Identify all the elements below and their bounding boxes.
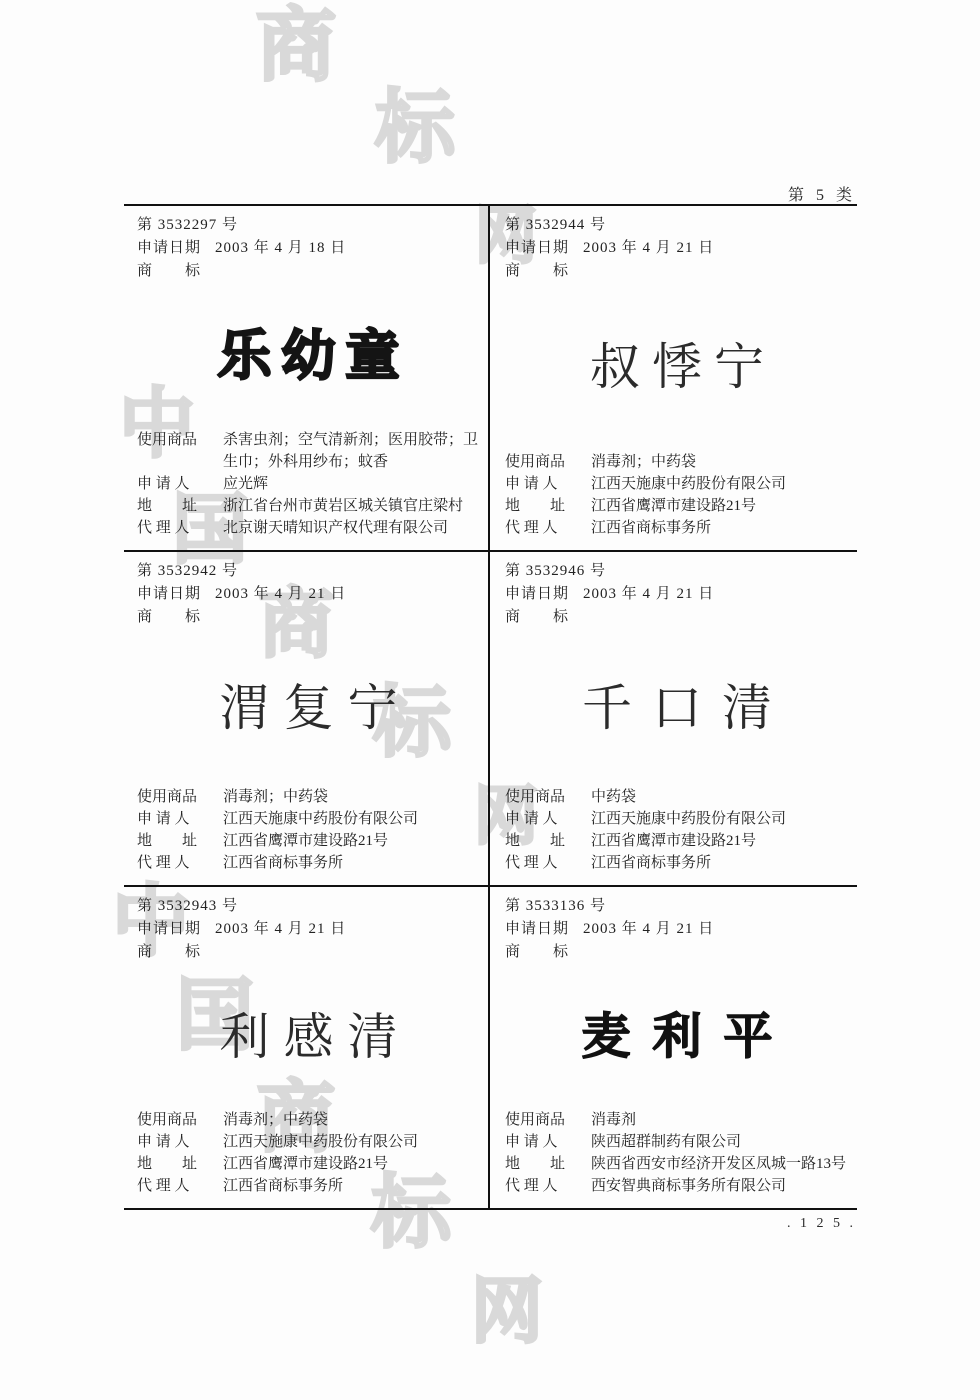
entry-details: 使用商品消毒剂；中药袋 申 请 人江西天施康中药股份有限公司 地 址江西省鹰潭市… <box>505 451 849 539</box>
field-value: 浙江省台州市黄岩区城关镇官庄梁村 <box>223 495 480 517</box>
field-value: 中药袋 <box>591 786 849 808</box>
application-date-label: 申请日期 <box>137 586 201 602</box>
application-number: 第 3532942 号 <box>137 560 480 583</box>
detail-row-agent: 代 理 人北京谢天晴知识产权代理有限公司 <box>137 517 480 539</box>
mark-area: 乐幼童 <box>137 283 480 429</box>
detail-row-goods: 使用商品消毒剂 <box>505 1109 849 1131</box>
trademark-mark-text: 叔悸宁 <box>578 342 776 392</box>
application-number: 第 3532943 号 <box>137 895 480 918</box>
field-label: 代 理 人 <box>505 1175 577 1197</box>
field-label: 地 址 <box>505 830 577 852</box>
detail-row-address: 地 址江西省鹰潭市建设路21号 <box>137 830 480 852</box>
field-label: 代 理 人 <box>137 1175 209 1197</box>
entry-details: 使用商品消毒剂 申 请 人陕西超群制药有限公司 地 址陕西省西安市经济开发区凤城… <box>505 1109 849 1197</box>
trademark-entry-4: 第 3532946 号 申请日期2003 年 4 月 21 日 商 标 千口清 … <box>490 552 857 887</box>
field-value: 北京谢天晴知识产权代理有限公司 <box>223 517 480 539</box>
field-value: 消毒剂；中药袋 <box>223 1109 480 1131</box>
entry-details: 使用商品杀害虫剂；空气清新剂；医用胶带；卫生巾；外科用纱布；蚊香 申 请 人应光… <box>137 429 480 539</box>
application-date-value: 2003 年 4 月 21 日 <box>583 586 714 602</box>
detail-row-applicant: 申 请 人江西天施康中药股份有限公司 <box>505 473 849 495</box>
category-header: 第 5 类 <box>788 182 856 205</box>
watermark-char: 网 <box>471 1275 543 1347</box>
field-value: 消毒剂 <box>591 1109 849 1131</box>
detail-row-applicant: 申 请 人应光辉 <box>137 473 480 495</box>
detail-row-goods: 使用商品消毒剂；中药袋 <box>137 1109 480 1131</box>
detail-row-address: 地 址江西省鹰潭市建设路21号 <box>137 1153 480 1175</box>
field-label: 代 理 人 <box>505 852 577 874</box>
detail-row-agent: 代 理 人江西省商标事务所 <box>505 517 849 539</box>
watermark-char: 商 <box>256 6 336 86</box>
mark-label: 商 标 <box>505 260 849 283</box>
field-label: 申 请 人 <box>505 1131 577 1153</box>
field-value: 江西天施康中药股份有限公司 <box>223 1131 480 1153</box>
entry-details: 使用商品消毒剂；中药袋 申 请 人江西天施康中药股份有限公司 地 址江西省鹰潭市… <box>137 786 480 874</box>
mark-area: 渭复宁 <box>137 629 480 786</box>
detail-row-agent: 代 理 人西安智典商标事务所有限公司 <box>505 1175 849 1197</box>
field-label: 申 请 人 <box>505 808 577 830</box>
detail-row-address: 地 址浙江省台州市黄岩区城关镇官庄梁村 <box>137 495 480 517</box>
field-value: 江西省商标事务所 <box>591 852 849 874</box>
detail-row-agent: 代 理 人江西省商标事务所 <box>505 852 849 874</box>
field-label: 申 请 人 <box>505 473 577 495</box>
application-date-label: 申请日期 <box>505 240 569 256</box>
field-value: 陕西省西安市经济开发区凤城一路13号 <box>591 1153 849 1175</box>
field-value: 江西省鹰潭市建设路21号 <box>591 830 849 852</box>
entry-details: 使用商品中药袋 申 请 人江西天施康中药股份有限公司 地 址江西省鹰潭市建设路2… <box>505 786 849 874</box>
field-value: 江西省商标事务所 <box>591 517 849 539</box>
application-date-value: 2003 年 4 月 18 日 <box>215 240 346 256</box>
application-date-label: 申请日期 <box>505 586 569 602</box>
detail-row-address: 地 址陕西省西安市经济开发区凤城一路13号 <box>505 1153 849 1175</box>
field-label: 代 理 人 <box>137 852 209 874</box>
application-number: 第 3532944 号 <box>505 214 849 237</box>
application-date-value: 2003 年 4 月 21 日 <box>215 921 346 937</box>
trademark-mark-text: 利感清 <box>206 1012 412 1062</box>
detail-row-applicant: 申 请 人江西天施康中药股份有限公司 <box>137 1131 480 1153</box>
detail-row-applicant: 申 请 人江西天施康中药股份有限公司 <box>505 808 849 830</box>
application-number: 第 3533136 号 <box>505 895 849 918</box>
application-number: 第 3532297 号 <box>137 214 480 237</box>
gazette-page: { "page": { "category_header": "第 5 类", … <box>0 0 980 1400</box>
trademark-entry-5: 第 3532943 号 申请日期2003 年 4 月 21 日 商 标 利感清 … <box>124 887 490 1208</box>
detail-row-goods: 使用商品消毒剂；中药袋 <box>505 451 849 473</box>
field-label: 使用商品 <box>137 429 209 473</box>
trademark-entry-6: 第 3533136 号 申请日期2003 年 4 月 21 日 商 标 麦利平 … <box>490 887 857 1208</box>
application-date-value: 2003 年 4 月 21 日 <box>583 921 714 937</box>
field-value: 江西省鹰潭市建设路21号 <box>223 1153 480 1175</box>
trademark-mark-text: 麦利平 <box>559 1012 794 1061</box>
field-label: 代 理 人 <box>137 517 209 539</box>
field-value: 杀害虫剂；空气清新剂；医用胶带；卫生巾；外科用纱布；蚊香 <box>223 429 480 473</box>
field-value: 江西天施康中药股份有限公司 <box>591 808 849 830</box>
detail-row-goods: 使用商品中药袋 <box>505 786 849 808</box>
field-value: 江西天施康中药股份有限公司 <box>591 473 849 495</box>
field-label: 地 址 <box>137 1153 209 1175</box>
detail-row-goods: 使用商品杀害虫剂；空气清新剂；医用胶带；卫生巾；外科用纱布；蚊香 <box>137 429 480 473</box>
mark-area: 千口清 <box>505 629 849 786</box>
detail-row-applicant: 申 请 人陕西超群制药有限公司 <box>505 1131 849 1153</box>
field-label: 使用商品 <box>137 1109 209 1131</box>
application-number: 第 3532946 号 <box>505 560 849 583</box>
watermark-char: 标 <box>375 88 455 168</box>
mark-area: 麦利平 <box>505 964 849 1109</box>
entry-header: 第 3532942 号 申请日期2003 年 4 月 21 日 商 标 <box>137 560 480 629</box>
detail-row-agent: 代 理 人江西省商标事务所 <box>137 1175 480 1197</box>
trademark-mark-text: 渭复宁 <box>206 683 412 733</box>
field-label: 使用商品 <box>505 786 577 808</box>
field-label: 使用商品 <box>505 1109 577 1131</box>
application-date-label: 申请日期 <box>137 921 201 937</box>
field-label: 地 址 <box>137 495 209 517</box>
entry-details: 使用商品消毒剂；中药袋 申 请 人江西天施康中药股份有限公司 地 址江西省鹰潭市… <box>137 1109 480 1197</box>
entry-header: 第 3532944 号 申请日期2003 年 4 月 21 日 商 标 <box>505 214 849 283</box>
field-label: 地 址 <box>137 830 209 852</box>
field-value: 江西天施康中药股份有限公司 <box>223 808 480 830</box>
field-value: 陕西超群制药有限公司 <box>591 1131 849 1153</box>
field-label: 使用商品 <box>505 451 577 473</box>
field-value: 江西省商标事务所 <box>223 852 480 874</box>
mark-area: 利感清 <box>137 964 480 1109</box>
field-value: 西安智典商标事务所有限公司 <box>591 1175 849 1197</box>
entry-header: 第 3532946 号 申请日期2003 年 4 月 21 日 商 标 <box>505 560 849 629</box>
application-date-value: 2003 年 4 月 21 日 <box>583 240 714 256</box>
field-label: 地 址 <box>505 495 577 517</box>
mark-label: 商 标 <box>505 941 849 964</box>
mark-area: 叔悸宁 <box>505 283 849 451</box>
trademark-entry-2: 第 3532944 号 申请日期2003 年 4 月 21 日 商 标 叔悸宁 … <box>490 206 857 552</box>
entry-header: 第 3533136 号 申请日期2003 年 4 月 21 日 商 标 <box>505 895 849 964</box>
detail-row-applicant: 申 请 人江西天施康中药股份有限公司 <box>137 808 480 830</box>
trademark-entry-3: 第 3532942 号 申请日期2003 年 4 月 21 日 商 标 渭复宁 … <box>124 552 490 887</box>
trademark-entry-1: 第 3532297 号 申请日期2003 年 4 月 18 日 商 标 乐幼童 … <box>124 206 490 552</box>
entry-header: 第 3532297 号 申请日期2003 年 4 月 18 日 商 标 <box>137 214 480 283</box>
detail-row-address: 地 址江西省鹰潭市建设路21号 <box>505 830 849 852</box>
field-label: 申 请 人 <box>137 808 209 830</box>
field-value: 消毒剂；中药袋 <box>223 786 480 808</box>
field-label: 使用商品 <box>137 786 209 808</box>
field-value: 应光辉 <box>223 473 480 495</box>
entries-grid: 第 3532297 号 申请日期2003 年 4 月 18 日 商 标 乐幼童 … <box>124 204 857 1210</box>
mark-label: 商 标 <box>137 260 480 283</box>
field-value: 江西省商标事务所 <box>223 1175 480 1197</box>
mark-label: 商 标 <box>505 606 849 629</box>
field-label: 申 请 人 <box>137 1131 209 1153</box>
entry-header: 第 3532943 号 申请日期2003 年 4 月 21 日 商 标 <box>137 895 480 964</box>
trademark-mark-text: 千口清 <box>562 683 792 733</box>
detail-row-agent: 代 理 人江西省商标事务所 <box>137 852 480 874</box>
detail-row-goods: 使用商品消毒剂；中药袋 <box>137 786 480 808</box>
mark-label: 商 标 <box>137 606 480 629</box>
field-value: 江西省鹰潭市建设路21号 <box>223 830 480 852</box>
page-number: . 1 2 5 . <box>787 1216 856 1232</box>
application-date-label: 申请日期 <box>505 921 569 937</box>
field-value: 消毒剂；中药袋 <box>591 451 849 473</box>
field-value: 江西省鹰潭市建设路21号 <box>591 495 849 517</box>
application-date-label: 申请日期 <box>137 240 201 256</box>
detail-row-address: 地 址江西省鹰潭市建设路21号 <box>505 495 849 517</box>
application-date-value: 2003 年 4 月 21 日 <box>215 586 346 602</box>
mark-label: 商 标 <box>137 941 480 964</box>
field-label: 申 请 人 <box>137 473 209 495</box>
trademark-mark-text: 乐幼童 <box>208 329 410 383</box>
field-label: 代 理 人 <box>505 517 577 539</box>
field-label: 地 址 <box>505 1153 577 1175</box>
